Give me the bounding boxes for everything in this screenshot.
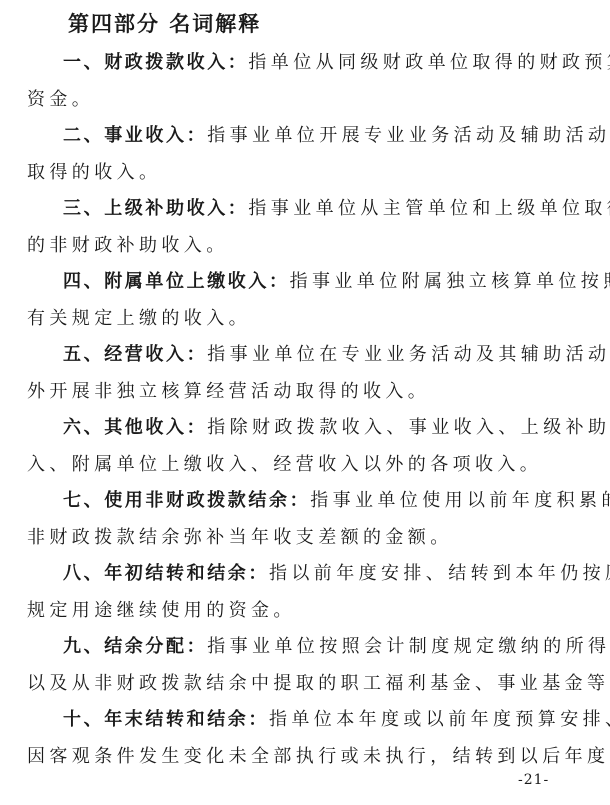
entry-7-line-2: 非财政拨款结余弥补当年收支差额的金额。	[27, 519, 557, 556]
entry-term: 八、年初结转和结余：	[63, 563, 269, 584]
entry-term: 五、经营收入：	[63, 344, 207, 365]
entry-2-line-2: 取得的收入。	[27, 154, 557, 191]
entry-1-line-2: 资金。	[27, 81, 557, 118]
entry-definition: 指除财政拨款收入、事业收入、上级补助收	[207, 417, 610, 438]
entry-term: 九、结余分配：	[63, 636, 207, 657]
entry-5-line-2: 外开展非独立核算经营活动取得的收入。	[27, 373, 557, 410]
entry-definition: 指事业单位附属独立核算单位按照	[290, 271, 610, 292]
entry-definition: 指事业单位从主管单位和上级单位取得	[248, 198, 610, 219]
section-title: 第四部分 名词解释	[68, 8, 261, 38]
entry-6-line-2: 入、附属单位上缴收入、经营收入以外的各项收入。	[27, 446, 557, 483]
entry-definition: 指事业单位在专业业务活动及其辅助活动之	[207, 344, 610, 365]
entry-8-line-1: 八、年初结转和结余：指以前年度安排、结转到本年仍按原	[63, 555, 557, 592]
entry-9-line-1: 九、结余分配：指事业单位按照会计制度规定缴纳的所得税	[63, 628, 557, 665]
entry-term: 七、使用非财政拨款结余：	[63, 490, 310, 511]
entry-definition: 指事业单位使用以前年度积累的	[310, 490, 610, 511]
entry-term: 六、其他收入：	[63, 417, 207, 438]
entry-term: 十、年末结转和结余：	[63, 709, 269, 730]
document-page: 第四部分 名词解释 一、财政拨款收入：指单位从同级财政单位取得的财政预算 资金。…	[0, 0, 610, 805]
entry-definition: 指事业单位按照会计制度规定缴纳的所得税	[207, 636, 610, 657]
entry-4-line-1: 四、附属单位上缴收入：指事业单位附属独立核算单位按照	[63, 263, 557, 300]
entry-4-line-2: 有关规定上缴的收入。	[27, 300, 557, 337]
entry-term: 四、附属单位上缴收入：	[63, 271, 290, 292]
entry-6-line-1: 六、其他收入：指除财政拨款收入、事业收入、上级补助收	[63, 409, 557, 446]
entry-definition: 指单位本年度或以前年度预算安排、	[269, 709, 610, 730]
entry-definition: 指单位从同级财政单位取得的财政预算	[248, 52, 610, 73]
entry-1-line-1: 一、财政拨款收入：指单位从同级财政单位取得的财政预算	[63, 44, 557, 81]
entry-8-line-2: 规定用途继续使用的资金。	[27, 592, 557, 629]
entry-term: 三、上级补助收入：	[63, 198, 248, 219]
entry-5-line-1: 五、经营收入：指事业单位在专业业务活动及其辅助活动之	[63, 336, 557, 373]
entry-term: 二、事业收入：	[63, 125, 207, 146]
entry-10-line-2: 因客观条件发生变化未全部执行或未执行，结转到以后年度继续	[27, 738, 557, 775]
entry-3-line-2: 的非财政补助收入。	[27, 227, 557, 264]
entry-2-line-1: 二、事业收入：指事业单位开展专业业务活动及辅助活动所	[63, 117, 557, 154]
entry-9-line-2: 以及从非财政拨款结余中提取的职工福利基金、事业基金等。	[27, 665, 557, 702]
page-number: -21-	[518, 772, 549, 788]
entry-term: 一、财政拨款收入：	[63, 52, 248, 73]
entry-10-line-1: 十、年末结转和结余：指单位本年度或以前年度预算安排、	[63, 701, 557, 738]
entry-3-line-1: 三、上级补助收入：指事业单位从主管单位和上级单位取得	[63, 190, 557, 227]
entry-definition: 指事业单位开展专业业务活动及辅助活动所	[207, 125, 610, 146]
entry-definition: 指以前年度安排、结转到本年仍按原	[269, 563, 610, 584]
entry-7-line-1: 七、使用非财政拨款结余：指事业单位使用以前年度积累的	[63, 482, 557, 519]
